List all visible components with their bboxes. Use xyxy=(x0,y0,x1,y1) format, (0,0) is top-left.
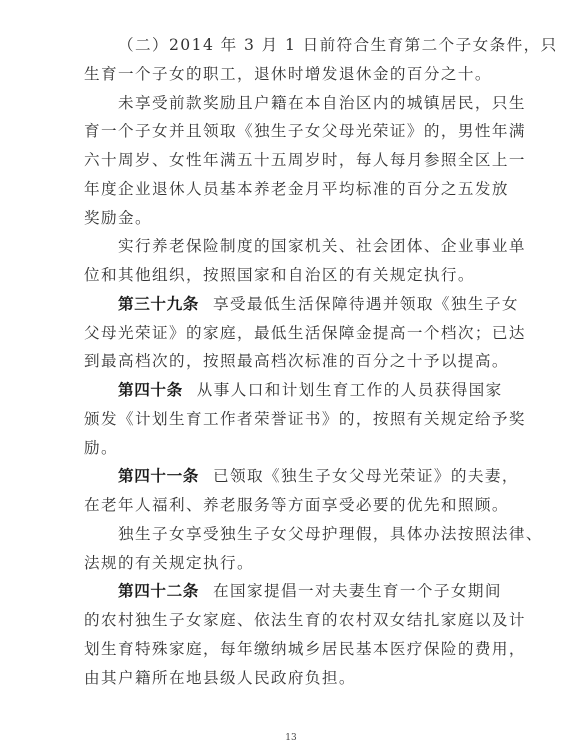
article-42-line: 第四十二条在国家提倡一对夫妻生育一个子女期间 xyxy=(118,581,496,601)
page-number: 13 xyxy=(279,733,303,743)
text-line: 到最高档次的，按照最高档次标准的百分之十予以提高。 xyxy=(84,351,496,371)
line-text: 未享受前款奖励且户籍在本自治区内的城镇居民，只生 xyxy=(118,94,526,112)
line-text: 颁发《计划生育工作者荣誉证书》的，按照有关规定给予奖 xyxy=(84,410,526,428)
line-text: 六十周岁、女性年满五十五周岁时，每人每月参照全区上一 xyxy=(84,151,526,169)
text-line: 划生育特殊家庭，每年缴纳城乡居民基本医疗保险的费用， xyxy=(84,639,496,659)
text-line: 独生子女享受独生子女父母护理假，具体办法按照法律、 xyxy=(118,524,496,544)
line-text: （二）2014 年 3 月 1 日前符合生育第二个子女条件，只 xyxy=(118,36,558,54)
article-heading: 第三十九条 xyxy=(118,295,199,313)
article-40-line: 第四十条从事人口和计划生育工作的人员获得国家 xyxy=(118,380,496,400)
text-line: 励。 xyxy=(84,438,496,458)
line-text: 奖励金。 xyxy=(84,209,152,227)
line-text: 已领取《独生子女父母光荣证》的夫妻， xyxy=(213,467,519,485)
line-text: 从事人口和计划生育工作的人员获得国家 xyxy=(197,381,503,399)
text-line: 奖励金。 xyxy=(84,208,496,228)
line-text: 由其户籍所在地县级人民政府负担。 xyxy=(84,669,356,687)
line-text: 划生育特殊家庭，每年缴纳城乡居民基本医疗保险的费用， xyxy=(84,640,526,658)
article-39-line: 第三十九条享受最低生活保障待遇并领取《独生子女 xyxy=(118,294,496,314)
text-line: 颁发《计划生育工作者荣誉证书》的，按照有关规定给予奖 xyxy=(84,409,496,429)
line-text: 享受最低生活保障待遇并领取《独生子女 xyxy=(213,295,519,313)
line-text: 父母光荣证》的家庭，最低生活保障金提高一个档次；已达 xyxy=(84,324,526,342)
text-line: 的农村独生子女家庭、依法生育的农村双女结扎家庭以及计 xyxy=(84,610,496,630)
line-text: 育一个子女并且领取《独生子女父母光荣证》的，男性年满 xyxy=(84,122,526,140)
text-line: 在老年人福利、养老服务等方面享受必要的优先和照顾。 xyxy=(84,495,496,515)
line-text: 在国家提倡一对夫妻生育一个子女期间 xyxy=(213,582,502,600)
line-text: 在老年人福利、养老服务等方面享受必要的优先和照顾。 xyxy=(84,496,509,514)
line-text: 年度企业退休人员基本养老金月平均标准的百分之五发放 xyxy=(84,180,509,198)
line-text: 独生子女享受独生子女父母护理假，具体办法按照法律、 xyxy=(118,525,543,543)
article-heading: 第四十条 xyxy=(118,381,183,399)
text-line: 年度企业退休人员基本养老金月平均标准的百分之五发放 xyxy=(84,179,496,199)
line-text: 位和其他组织，按照国家和自治区的有关规定执行。 xyxy=(84,266,475,284)
line-text: 的农村独生子女家庭、依法生育的农村双女结扎家庭以及计 xyxy=(84,611,526,629)
line-text: 法规的有关规定执行。 xyxy=(84,554,254,572)
line-text: 实行养老保险制度的国家机关、社会团体、企业事业单 xyxy=(118,237,526,255)
text-line: 未享受前款奖励且户籍在本自治区内的城镇居民，只生 xyxy=(118,93,496,113)
text-line: 六十周岁、女性年满五十五周岁时，每人每月参照全区上一 xyxy=(84,150,496,170)
line-text: 励。 xyxy=(84,439,118,457)
article-heading: 第四十二条 xyxy=(118,582,199,600)
text-line: 法规的有关规定执行。 xyxy=(84,553,496,573)
text-line: 由其户籍所在地县级人民政府负担。 xyxy=(84,668,496,688)
text-line: （二）2014 年 3 月 1 日前符合生育第二个子女条件，只 xyxy=(118,35,496,55)
article-heading: 第四十一条 xyxy=(118,467,199,485)
article-41-line: 第四十一条已领取《独生子女父母光荣证》的夫妻， xyxy=(118,466,496,486)
text-line: 位和其他组织，按照国家和自治区的有关规定执行。 xyxy=(84,265,496,285)
line-text: 到最高档次的，按照最高档次标准的百分之十予以提高。 xyxy=(84,352,509,370)
text-line: 实行养老保险制度的国家机关、社会团体、企业事业单 xyxy=(118,236,496,256)
text-line: 生育一个子女的职工，退休时增发退休金的百分之十。 xyxy=(84,64,496,84)
text-line: 育一个子女并且领取《独生子女父母光荣证》的，男性年满 xyxy=(84,121,496,141)
document-page: （二）2014 年 3 月 1 日前符合生育第二个子女条件，只 生育一个子女的职… xyxy=(0,0,578,752)
line-text: 生育一个子女的职工，退休时增发退休金的百分之十。 xyxy=(84,65,492,83)
text-line: 父母光荣证》的家庭，最低生活保障金提高一个档次；已达 xyxy=(84,323,496,343)
